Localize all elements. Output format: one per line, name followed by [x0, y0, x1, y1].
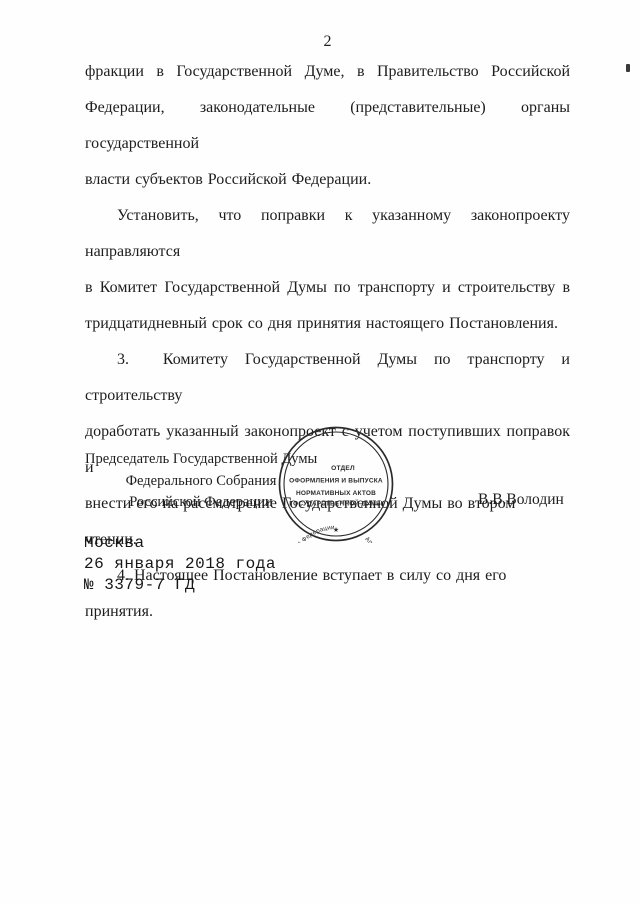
scan-ink-speck — [626, 64, 630, 72]
body-line: в Комитет Государственной Думы по трансп… — [85, 270, 570, 306]
stamp-center-text: ОФОРМЛЕНИЯ И ВЫПУСКА — [289, 478, 383, 485]
body-line: 3. Комитету Государственной Думы по тран… — [85, 342, 570, 414]
stamp-center-text: ОТДЕЛ — [331, 465, 355, 472]
document-page: 2 фракции в Государственной Думе, в Прав… — [0, 0, 640, 905]
stamp-star-icon: ★ — [333, 526, 339, 534]
stamp-center-text: НОРМАТИВНЫХ АКТОВ — [296, 490, 376, 497]
body-line: Федерации, законодательные (представител… — [85, 90, 570, 162]
body-line: фракции в Государственной Думе, в Правит… — [85, 54, 570, 90]
stamp-center-text: ГОСУДАРСТВЕННОЙ ДУМЫ — [289, 499, 382, 508]
official-stamp: Аппарат Государственной Думы Федеральног… — [277, 425, 395, 543]
stamp-seal-graphic: Аппарат Государственной Думы Федеральног… — [277, 425, 395, 543]
document-footer: Москва 26 января 2018 года № 3379-7 ГД — [84, 533, 276, 596]
signatory-name: В.В.Володин — [478, 491, 564, 509]
body-line: Установить, что поправки к указанному за… — [85, 198, 570, 270]
body-line: власти субъектов Российской Федерации. — [85, 162, 570, 198]
body-line: тридцатидневный срок со дня принятия нас… — [85, 306, 570, 342]
page-number: 2 — [85, 33, 570, 51]
footer-date: 26 января 2018 года — [84, 554, 276, 575]
footer-city: Москва — [84, 533, 276, 554]
footer-number: № 3379-7 ГД — [84, 575, 276, 596]
